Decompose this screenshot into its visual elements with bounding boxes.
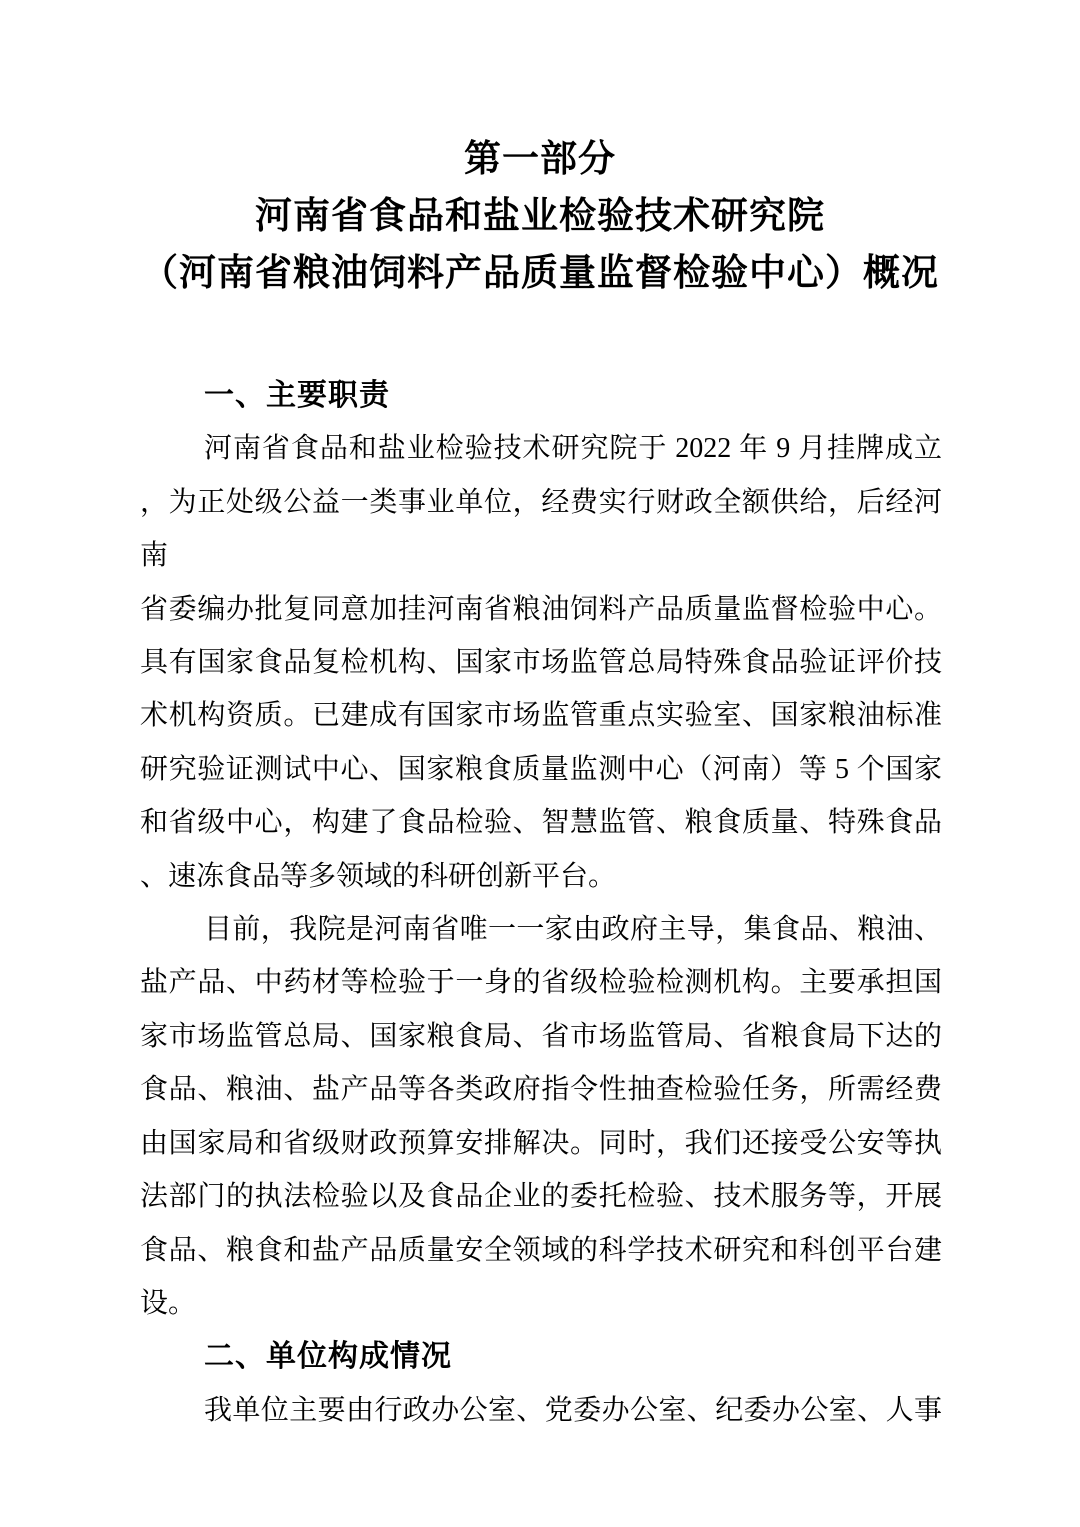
paragraph-line: ，为正处级公益一类事业单位，经费实行财政全额供给，后经河南 (140, 476, 942, 583)
paragraph-line: 目前，我院是河南省唯一一家由政府主导，集食品、粮油、 (140, 903, 942, 956)
paragraph-line: 、速冻食品等多领域的科研创新平台。 (140, 850, 942, 903)
paragraph-line: 盐产品、中药材等检验于一身的省级检验检测机构。主要承担国 (140, 956, 942, 1009)
paragraph-line: 法部门的执法检验以及食品企业的委托检验、技术服务等，开展 (140, 1170, 942, 1223)
doc-body: 一、主要职责 河南省食品和盐业检验技术研究院于 2022 年 9 月挂牌成立 ，… (140, 369, 942, 1437)
doc-title-line-part: 第一部分 (0, 130, 1080, 187)
paragraph-line: 具有国家食品复检机构、国家市场监管总局特殊食品验证评价技 (140, 636, 942, 689)
section-heading-duties: 一、主要职责 (140, 369, 942, 422)
paragraph-line: 食品、粮食和盐产品质量安全领域的科学技术研究和科创平台建 (140, 1224, 942, 1277)
doc-title: 第一部分 河南省食品和盐业检验技术研究院 （河南省粮油饲料产品质量监督检验中心）… (0, 0, 1080, 301)
doc-title-line-institute: 河南省食品和盐业检验技术研究院 (0, 187, 1080, 244)
paragraph-line: 和省级中心，构建了食品检验、智慧监管、粮食质量、特殊食品 (140, 796, 942, 849)
paragraph-line: 省委编办批复同意加挂河南省粮油饲料产品质量监督检验中心。 (140, 583, 942, 636)
document-page: 第一部分 河南省食品和盐业检验技术研究院 （河南省粮油饲料产品质量监督检验中心）… (0, 0, 1080, 1527)
paragraph-line: 术机构资质。已建成有国家市场监管重点实验室、国家粮油标准 (140, 689, 942, 742)
paragraph-line: 我单位主要由行政办公室、党委办公室、纪委办公室、人事 (140, 1384, 942, 1437)
doc-title-line-center: （河南省粮油饲料产品质量监督检验中心）概况 (0, 244, 1080, 301)
paragraph-line: 家市场监管总局、国家粮食局、省市场监管局、省粮食局下达的 (140, 1010, 942, 1063)
paragraph-line: 食品、粮油、盐产品等各类政府指令性抽查检验任务，所需经费 (140, 1063, 942, 1116)
paragraph-line: 河南省食品和盐业检验技术研究院于 2022 年 9 月挂牌成立 (140, 422, 942, 475)
paragraph-line: 研究验证测试中心、国家粮食质量监测中心（河南）等 5 个国家 (140, 743, 942, 796)
section-heading-composition: 二、单位构成情况 (140, 1330, 942, 1383)
paragraph-line: 由国家局和省级财政预算安排解决。同时，我们还接受公安等执 (140, 1117, 942, 1170)
paragraph-line: 设。 (140, 1277, 942, 1330)
